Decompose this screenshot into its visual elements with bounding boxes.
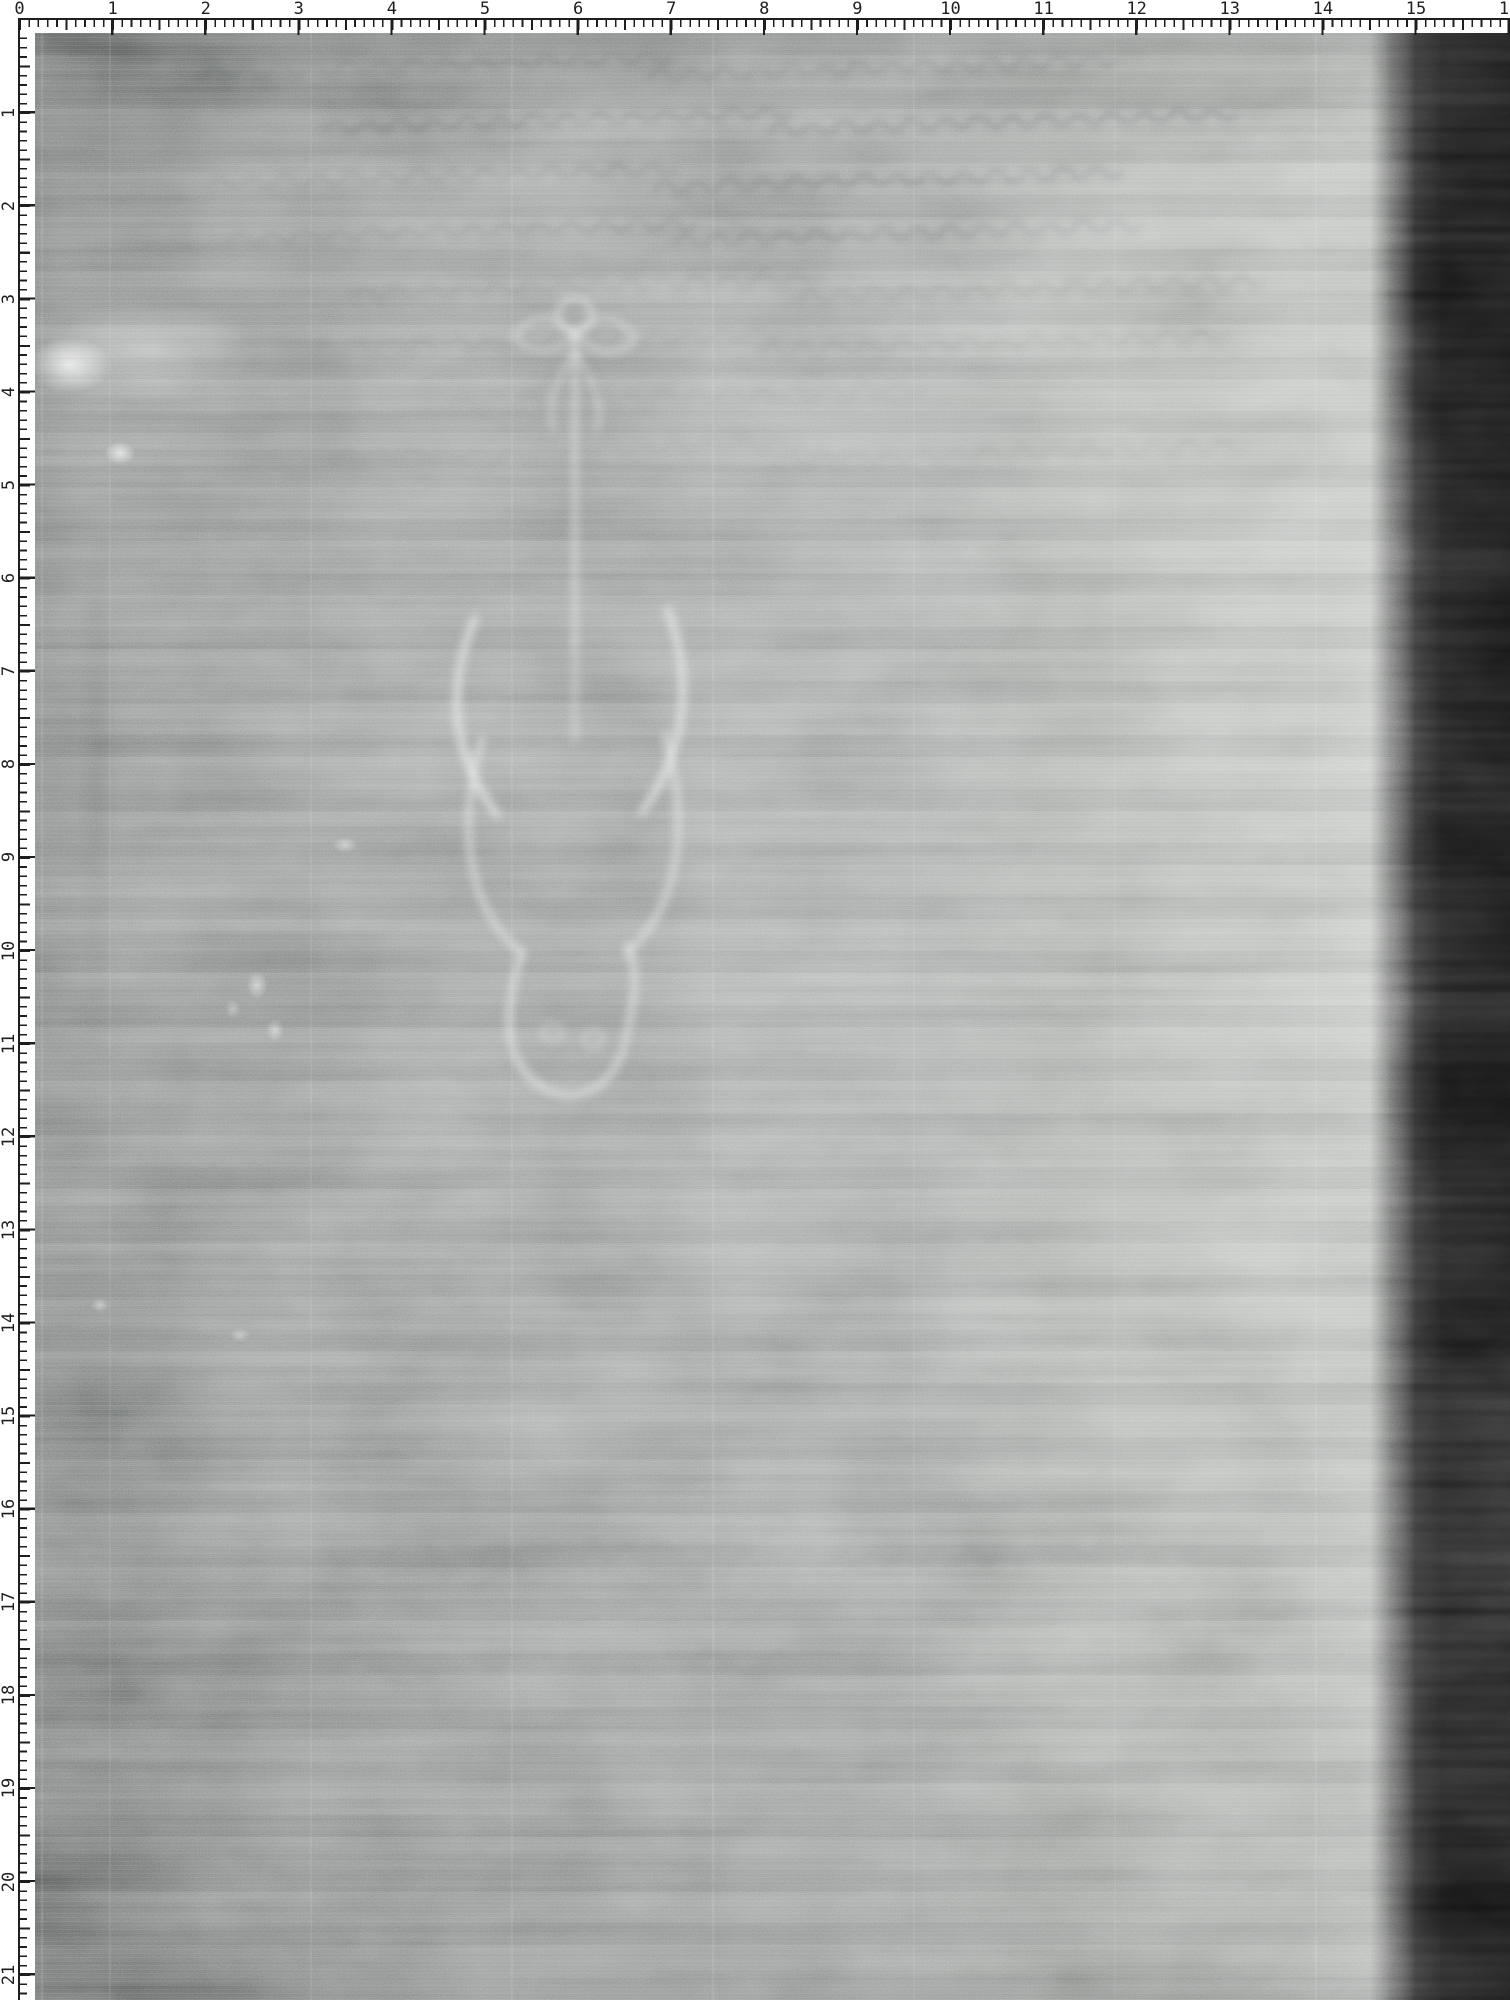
ruler-top-label: 5 bbox=[480, 0, 490, 18]
ruler-top-label: 11 bbox=[1033, 0, 1053, 18]
ruler-left-label: 13 bbox=[1, 1220, 17, 1240]
ruler-left: 1 2 3 4 5 6 7 8 9 10 11 12 13 14 15 16 1… bbox=[0, 0, 33, 2000]
ruler-left-label: 5 bbox=[1, 480, 17, 490]
ruler-left-label: 18 bbox=[1, 1685, 17, 1705]
ruler-left-label: 10 bbox=[1, 940, 17, 960]
ruler-top-label: 13 bbox=[1220, 0, 1240, 18]
ruler-left-label: 20 bbox=[1, 1871, 17, 1891]
ruler-top-label: 9 bbox=[852, 0, 862, 18]
script-traces bbox=[205, 53, 1265, 1675]
ruler-left-label: 14 bbox=[1, 1313, 17, 1333]
ruler-top-ticks bbox=[18, 18, 1510, 35]
ruler-left-label: 2 bbox=[1, 201, 17, 211]
ruler-left-label: 7 bbox=[1, 666, 17, 676]
ruler-top-label: 16 bbox=[1499, 0, 1510, 18]
ruler-left-label: 19 bbox=[1, 1778, 17, 1798]
ruler-left-label: 21 bbox=[1, 1964, 17, 1984]
ruler-top-label: 1 bbox=[107, 0, 117, 18]
ruler-left-label: 8 bbox=[1, 759, 17, 769]
ruler-left-label: 9 bbox=[1, 852, 17, 862]
ruler-top-label: 2 bbox=[201, 0, 211, 18]
ruler-left-label: 12 bbox=[1, 1126, 17, 1146]
ruler-top: 0 1 2 3 4 5 6 7 8 9 10 11 12 13 14 15 16 bbox=[0, 0, 1510, 33]
ruler-top-label: 10 bbox=[940, 0, 960, 18]
manuscript-photo bbox=[35, 33, 1510, 2000]
ruler-left-label: 1 bbox=[1, 107, 17, 117]
ruler-top-label: 3 bbox=[294, 0, 304, 18]
film-dark-band bbox=[1370, 33, 1510, 2000]
ruler-top-label: 6 bbox=[573, 0, 583, 18]
ruler-top-label: 8 bbox=[759, 0, 769, 18]
watermark-and-script-layer bbox=[35, 33, 1510, 2000]
ruler-left-label: 3 bbox=[1, 294, 17, 304]
ruler-left-label: 11 bbox=[1, 1033, 17, 1053]
ruler-top-label: 4 bbox=[387, 0, 397, 18]
ruler-top-label: 12 bbox=[1126, 0, 1146, 18]
ruler-left-ticks bbox=[18, 18, 35, 2000]
ruler-top-label: 7 bbox=[666, 0, 676, 18]
ruler-left-label: 6 bbox=[1, 573, 17, 583]
ruler-top-label: 15 bbox=[1406, 0, 1426, 18]
ruler-left-label: 4 bbox=[1, 387, 17, 397]
ruler-top-label: 14 bbox=[1313, 0, 1333, 18]
ruler-left-label: 16 bbox=[1, 1499, 17, 1519]
ruler-top-label: 0 bbox=[14, 0, 24, 18]
manuscript-scan-page: 0 1 2 3 4 5 6 7 8 9 10 11 12 13 14 15 16… bbox=[0, 0, 1510, 2000]
ruler-left-label: 17 bbox=[1, 1592, 17, 1612]
ruler-left-label: 15 bbox=[1, 1406, 17, 1426]
oxhead-watermark bbox=[457, 298, 683, 1095]
